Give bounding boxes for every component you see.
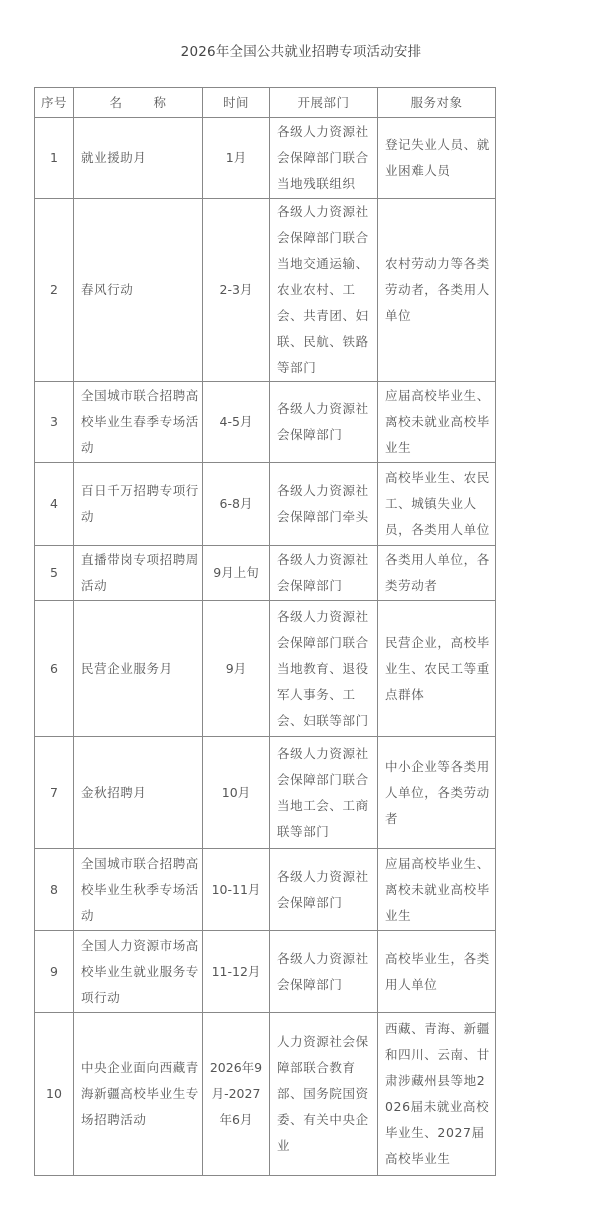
- document-title: 2026年全国公共就业招聘专项活动安排: [0, 40, 602, 60]
- row-department: 各级人力资源社会保障部门联合当地教育、退役军人事务、工会、妇联等部门: [270, 601, 378, 737]
- row-time: 9月上旬: [203, 546, 270, 601]
- row-name: 金秋招聘月: [74, 737, 203, 849]
- table-row: 10 中央企业面向西藏青海新疆高校毕业生专场招聘活动 2026年9月-2027年…: [35, 1013, 496, 1176]
- row-index: 1: [35, 118, 74, 199]
- header-department: 开展部门: [270, 88, 378, 118]
- row-index: 3: [35, 382, 74, 463]
- row-target: 民营企业，高校毕业生、农民工等重点群体: [378, 601, 496, 737]
- row-department: 各级人力资源社会保障部门联合当地交通运输、农业农村、工会、共青团、妇联、民航、铁…: [270, 199, 378, 382]
- row-name: 中央企业面向西藏青海新疆高校毕业生专场招聘活动: [74, 1013, 203, 1176]
- table-row: 8 全国城市联合招聘高校毕业生秋季专场活动 10-11月 各级人力资源社会保障部…: [35, 849, 496, 931]
- row-department: 各级人力资源社会保障部门联合当地残联组织: [270, 118, 378, 199]
- row-target: 高校毕业生，各类用人单位: [378, 931, 496, 1013]
- row-target: 西藏、青海、新疆和四川、云南、甘肃涉藏州县等地2026届未就业高校毕业生、202…: [378, 1013, 496, 1176]
- row-target: 高校毕业生、农民工、城镇失业人员，各类用人单位: [378, 463, 496, 546]
- header-target: 服务对象: [378, 88, 496, 118]
- row-index: 9: [35, 931, 74, 1013]
- row-department: 各级人力资源社会保障部门牵头: [270, 463, 378, 546]
- row-target: 各类用人单位，各类劳动者: [378, 546, 496, 601]
- table-row: 6 民营企业服务月 9月 各级人力资源社会保障部门联合当地教育、退役军人事务、工…: [35, 601, 496, 737]
- row-time: 10月: [203, 737, 270, 849]
- table-row: 5 直播带岗专项招聘周活动 9月上旬 各级人力资源社会保障部门 各类用人单位，各…: [35, 546, 496, 601]
- table-row: 7 金秋招聘月 10月 各级人力资源社会保障部门联合当地工会、工商联等部门 中小…: [35, 737, 496, 849]
- row-department: 人力资源社会保障部联合教育部、国务院国资委、有关中央企业: [270, 1013, 378, 1176]
- row-target: 中小企业等各类用人单位，各类劳动者: [378, 737, 496, 849]
- header-index: 序号: [35, 88, 74, 118]
- header-name: 名 称: [74, 88, 203, 118]
- row-index: 8: [35, 849, 74, 931]
- row-name: 全国城市联合招聘高校毕业生秋季专场活动: [74, 849, 203, 931]
- row-name: 全国城市联合招聘高校毕业生春季专场活动: [74, 382, 203, 463]
- row-name: 民营企业服务月: [74, 601, 203, 737]
- row-department: 各级人力资源社会保障部门: [270, 931, 378, 1013]
- activity-schedule-table: 序号 名 称 时间 开展部门 服务对象 1 就业援助月 1月 各级人力资源社会保…: [34, 87, 496, 1176]
- table-row: 9 全国人力资源市场高校毕业生就业服务专项行动 11-12月 各级人力资源社会保…: [35, 931, 496, 1013]
- row-name: 全国人力资源市场高校毕业生就业服务专项行动: [74, 931, 203, 1013]
- row-name: 百日千万招聘专项行动: [74, 463, 203, 546]
- row-department: 各级人力资源社会保障部门: [270, 382, 378, 463]
- row-index: 4: [35, 463, 74, 546]
- row-time: 2026年9月-2027年6月: [203, 1013, 270, 1176]
- row-index: 5: [35, 546, 74, 601]
- row-time: 11-12月: [203, 931, 270, 1013]
- row-index: 2: [35, 199, 74, 382]
- table-row: 3 全国城市联合招聘高校毕业生春季专场活动 4-5月 各级人力资源社会保障部门 …: [35, 382, 496, 463]
- row-target: 登记失业人员、就业困难人员: [378, 118, 496, 199]
- table-header-row: 序号 名 称 时间 开展部门 服务对象: [35, 88, 496, 118]
- row-time: 2-3月: [203, 199, 270, 382]
- table-row: 2 春风行动 2-3月 各级人力资源社会保障部门联合当地交通运输、农业农村、工会…: [35, 199, 496, 382]
- row-time: 1月: [203, 118, 270, 199]
- table-row: 4 百日千万招聘专项行动 6-8月 各级人力资源社会保障部门牵头 高校毕业生、农…: [35, 463, 496, 546]
- row-department: 各级人力资源社会保障部门联合当地工会、工商联等部门: [270, 737, 378, 849]
- row-time: 4-5月: [203, 382, 270, 463]
- row-time: 10-11月: [203, 849, 270, 931]
- row-name: 就业援助月: [74, 118, 203, 199]
- header-time: 时间: [203, 88, 270, 118]
- header-name-left: 名: [109, 90, 122, 116]
- row-name: 春风行动: [74, 199, 203, 382]
- row-department: 各级人力资源社会保障部门: [270, 546, 378, 601]
- row-index: 7: [35, 737, 74, 849]
- header-name-right: 称: [153, 90, 166, 116]
- row-time: 6-8月: [203, 463, 270, 546]
- row-target: 应届高校毕业生、离校未就业高校毕业生: [378, 382, 496, 463]
- row-name: 直播带岗专项招聘周活动: [74, 546, 203, 601]
- row-index: 10: [35, 1013, 74, 1176]
- row-target: 农村劳动力等各类劳动者，各类用人单位: [378, 199, 496, 382]
- row-target: 应届高校毕业生、离校未就业高校毕业生: [378, 849, 496, 931]
- row-index: 6: [35, 601, 74, 737]
- table-row: 1 就业援助月 1月 各级人力资源社会保障部门联合当地残联组织 登记失业人员、就…: [35, 118, 496, 199]
- row-time: 9月: [203, 601, 270, 737]
- row-department: 各级人力资源社会保障部门: [270, 849, 378, 931]
